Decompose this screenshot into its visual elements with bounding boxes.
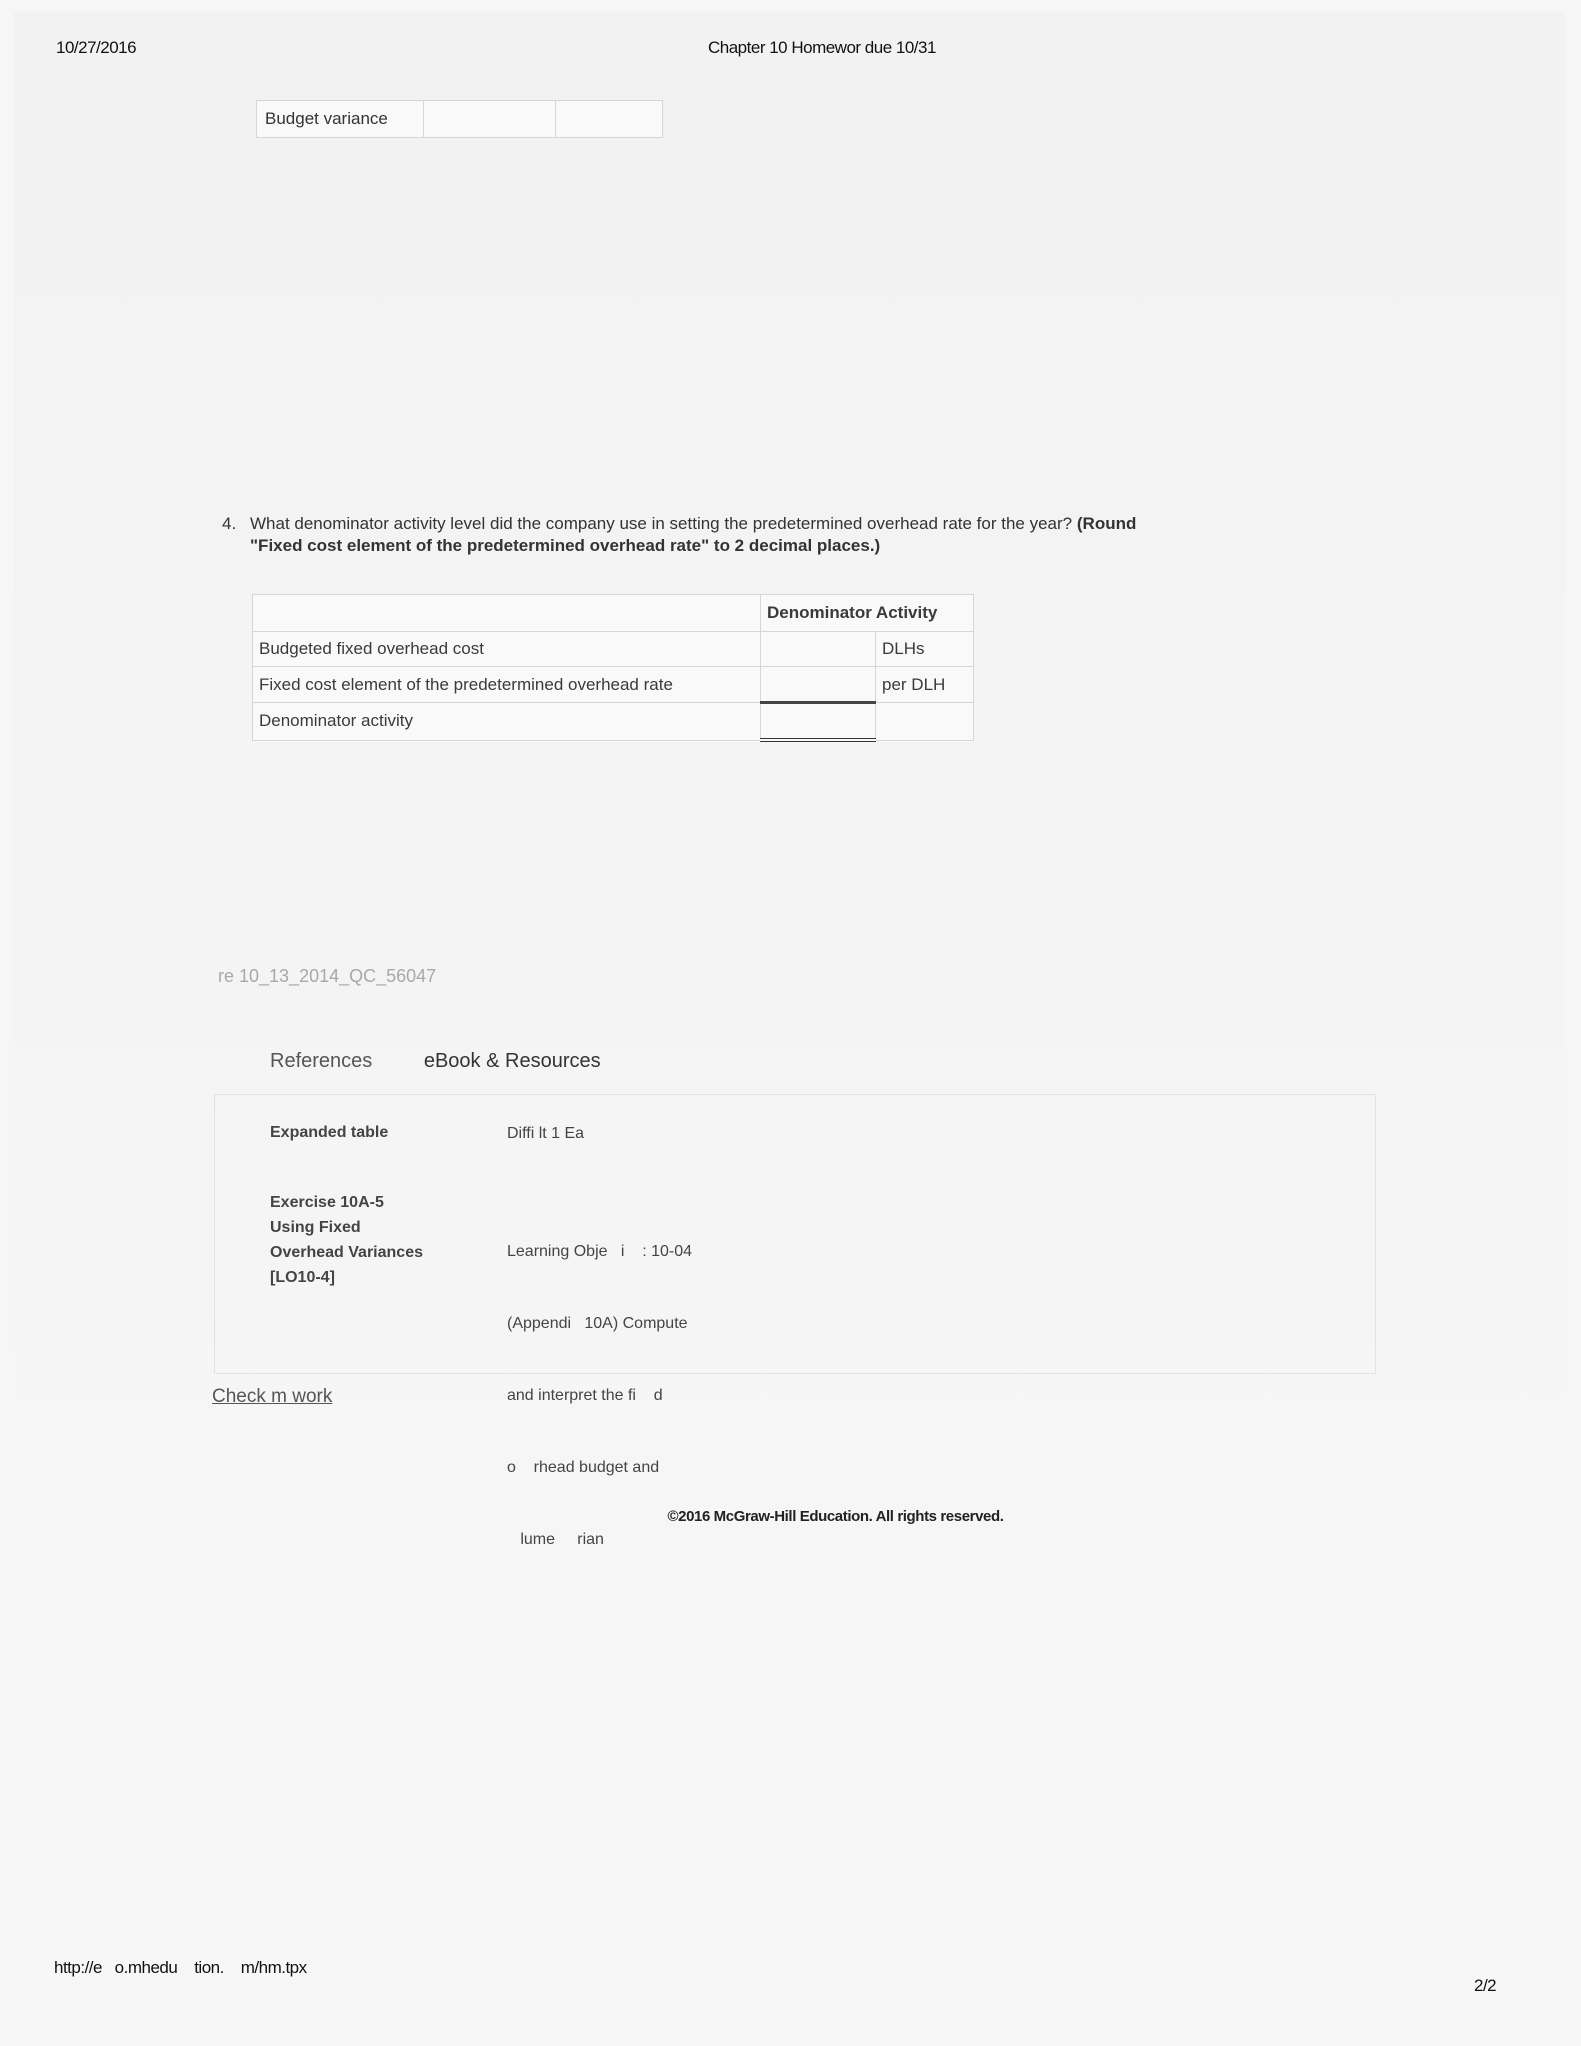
tab-references[interactable]: References: [270, 1050, 372, 1073]
row-label: Fixed cost element of the predetermined …: [253, 667, 761, 703]
print-date: 10/27/2016: [56, 38, 136, 58]
table-header-row: Denominator Activity: [253, 595, 974, 632]
question-text: What denominator activity level did the …: [250, 514, 1072, 533]
tab-ebook-resources[interactable]: eBook & Resources: [424, 1050, 601, 1073]
row-label: Budgeted fixed overhead cost: [253, 632, 761, 667]
copyright-text: ©2016 McGraw-Hill Education. All rights …: [667, 1508, 1003, 1525]
budget-variance-input[interactable]: [424, 101, 556, 138]
exercise-line: [LO10-4]: [270, 1265, 423, 1290]
objective-line: o rhead budget and: [507, 1456, 692, 1480]
question-id: re 10_13_2014_QC_56047: [218, 966, 436, 987]
unit-label: DLHs: [876, 632, 974, 667]
table-row: Budget variance: [257, 101, 663, 138]
row-label: Budget variance: [257, 101, 424, 138]
budgeted-fixed-overhead-input[interactable]: [761, 632, 876, 667]
table-row: Fixed cost element of the predetermined …: [253, 667, 974, 703]
budget-variance-table: Budget variance: [256, 100, 663, 138]
reference-tabs: References eBook & Resources: [270, 1050, 647, 1073]
exercise-reference: Exercise 10A-5 Using Fixed Overhead Vari…: [270, 1190, 423, 1290]
fixed-cost-rate-input[interactable]: [761, 667, 876, 703]
denominator-activity-table: Denominator Activity Budgeted fixed over…: [252, 594, 974, 742]
page-title: Chapter 10 Homewor due 10/31: [708, 38, 936, 58]
objective-line: (Appendi 10A) Compute: [507, 1312, 692, 1336]
objective-line: and interpret the fi d: [507, 1384, 692, 1408]
copyright: ©2016 McGraw-Hill Education. All rights …: [0, 1508, 1581, 1525]
exercise-line: Overhead Variances: [270, 1240, 423, 1265]
table-row: Denominator activity: [253, 703, 974, 741]
table-row: Budgeted fixed overhead cost DLHs: [253, 632, 974, 667]
footer-url: http://e o.mhedu tion. m/hm.tpx: [54, 1958, 307, 1978]
objective-line: lume rian: [507, 1528, 692, 1552]
objective-line: Learning Obje i : 10-04: [507, 1240, 692, 1264]
unit-label: per DLH: [876, 667, 974, 703]
column-header: Denominator Activity: [761, 595, 974, 632]
check-my-work-link[interactable]: Check m work: [212, 1386, 332, 1408]
row-label: Denominator activity: [253, 703, 761, 741]
unit-label: [876, 703, 974, 741]
budget-variance-type-select[interactable]: [556, 101, 663, 138]
expanded-table-link[interactable]: Expanded table: [270, 1120, 388, 1145]
page-number: 2/2: [1474, 1976, 1496, 1996]
difficulty-label: Diffi lt 1 Ea: [507, 1122, 584, 1146]
question-number: 4.: [222, 513, 236, 535]
exercise-line: Using Fixed: [270, 1215, 423, 1240]
scanned-page: [14, 12, 1566, 2012]
blank-header: [253, 595, 761, 632]
exercise-line: Exercise 10A-5: [270, 1190, 423, 1215]
denominator-activity-input[interactable]: [761, 703, 876, 741]
question-4: 4. What denominator activity level did t…: [222, 513, 1182, 557]
